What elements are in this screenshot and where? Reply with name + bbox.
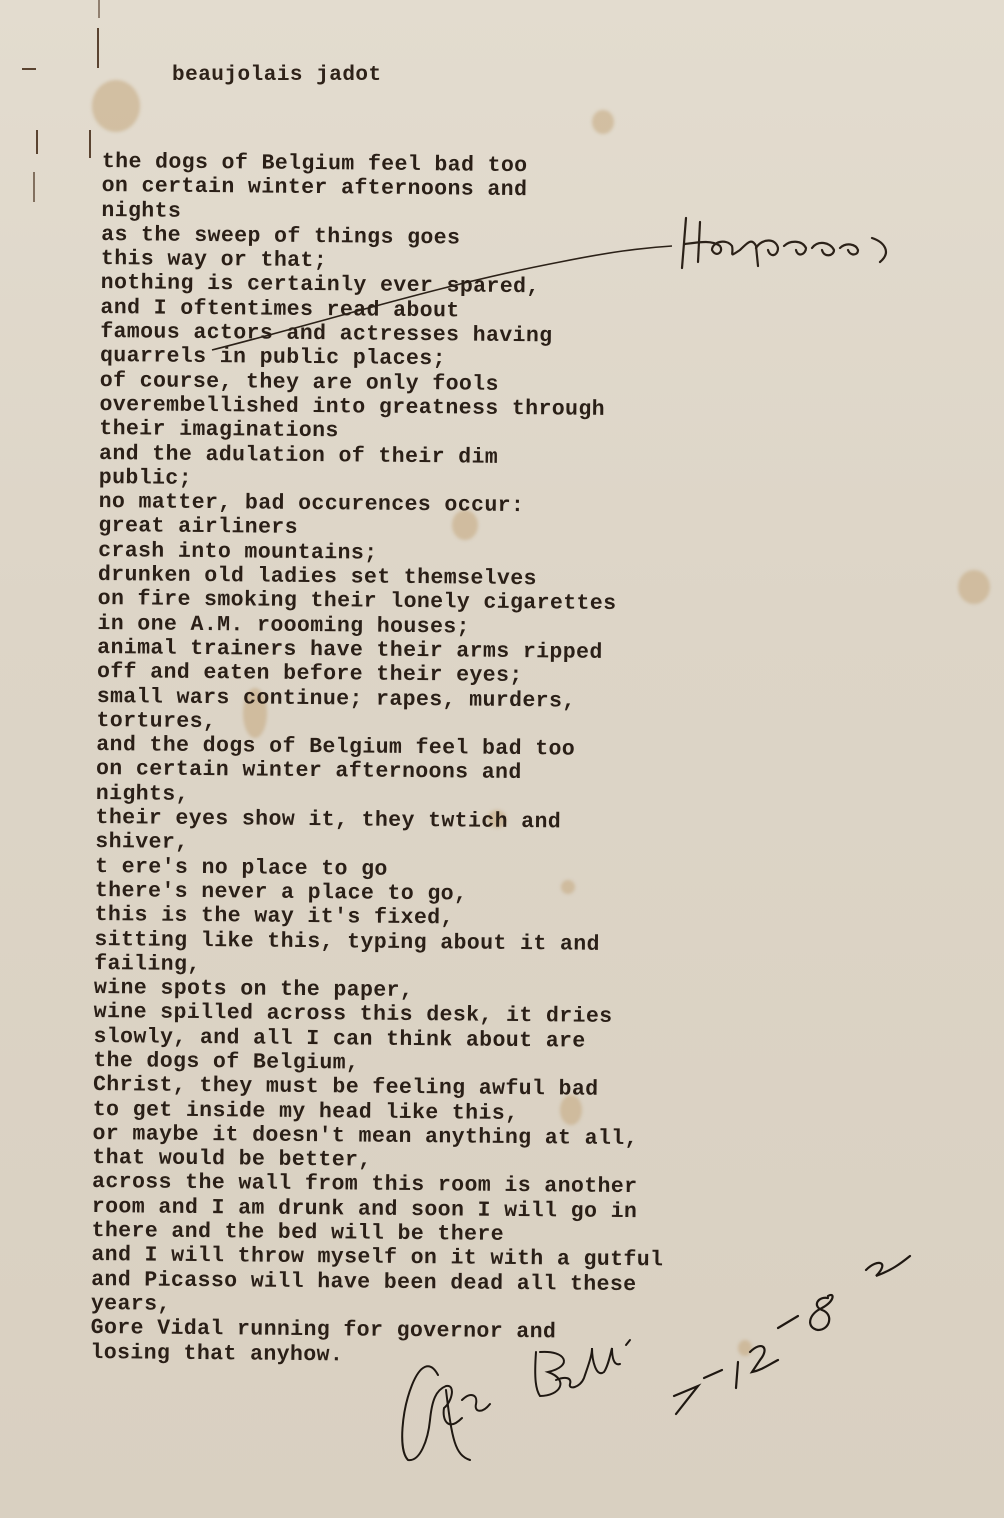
- handwritten-date: [674, 1256, 910, 1414]
- hollywood-annotation-text: Hollywood: [680, 230, 685, 231]
- signature-text: Charles Bukowski: [420, 1400, 429, 1401]
- signature: [402, 1340, 630, 1460]
- date-text: 1-12-82: [700, 1360, 704, 1361]
- typewritten-page: beaujolais jadot the dogs of Belgium fee…: [0, 0, 1004, 1518]
- handwritten-ink: [0, 0, 1004, 1518]
- hollywood-annotation: [682, 218, 886, 268]
